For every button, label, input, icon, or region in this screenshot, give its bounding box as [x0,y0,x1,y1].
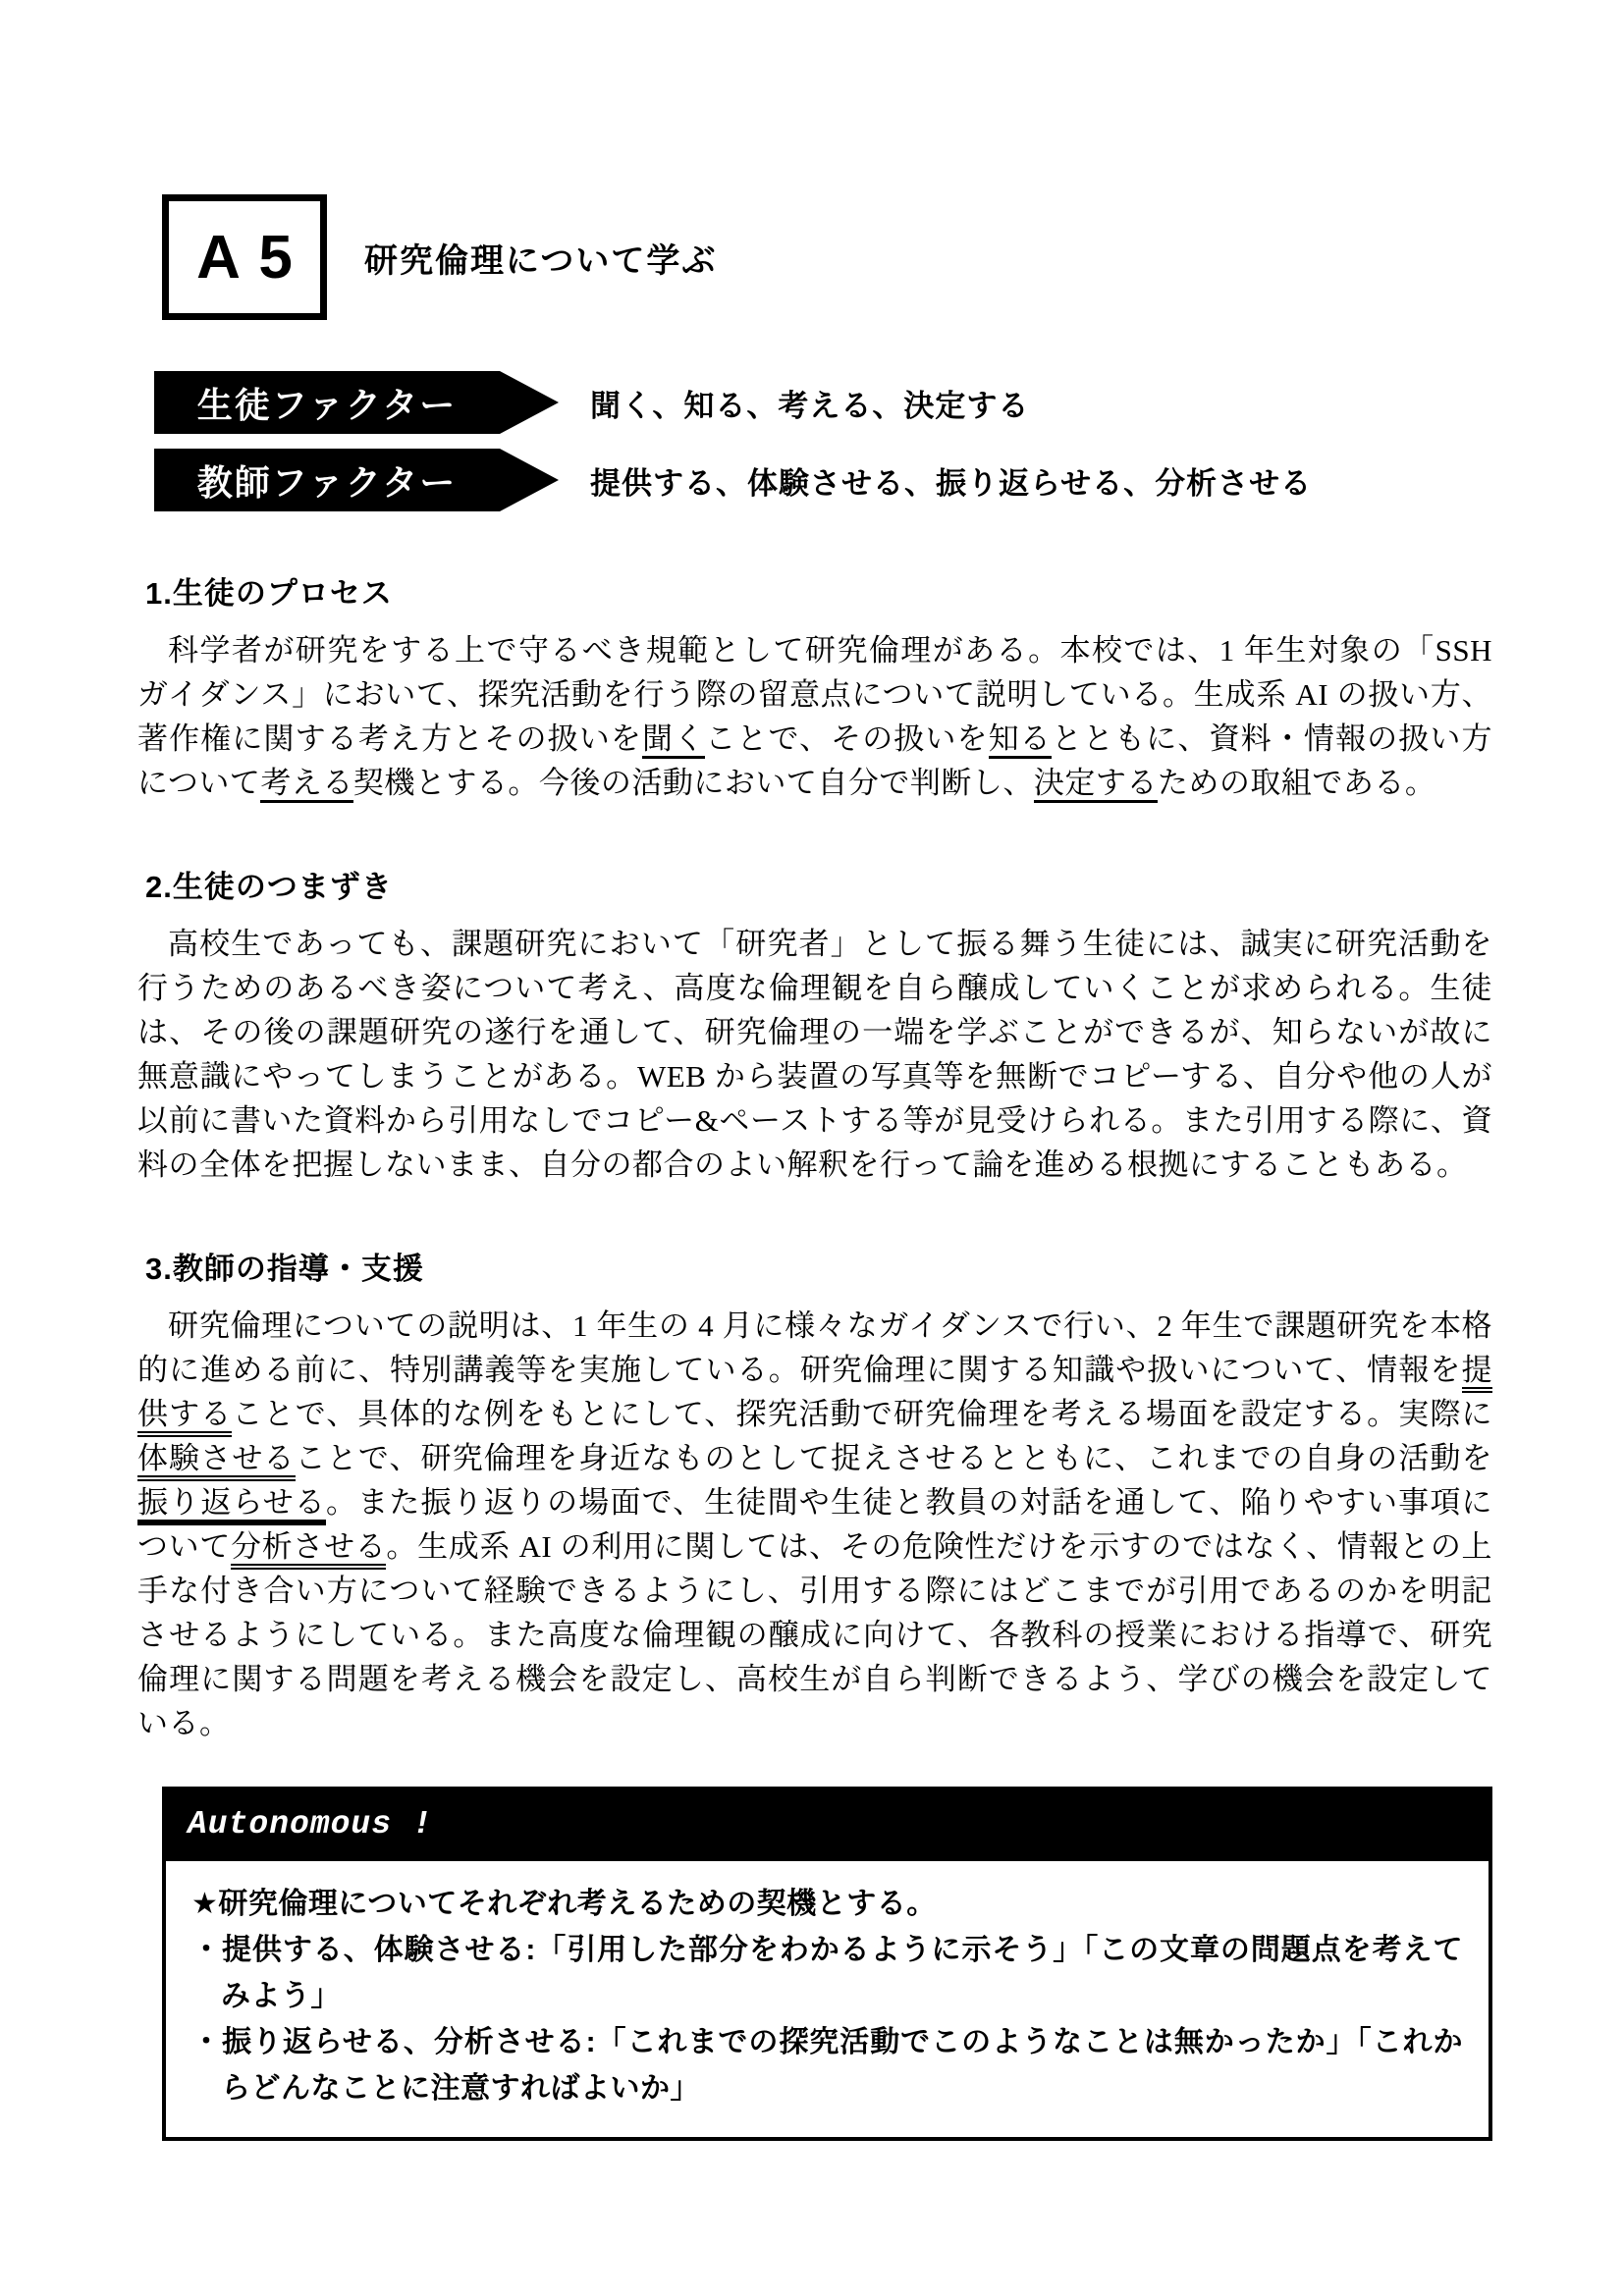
student-factor-row: 生徒ファクター 聞く、知る、考える、決定する [154,371,1624,434]
teacher-factor-label: 教師ファクター [197,455,458,506]
autonomous-block: Autonomous ! ★研究倫理についてそれぞれ考えるための契機とする。 ・… [162,1787,1492,2141]
underlined-term: 振り返らせる [137,1485,326,1525]
document-page: A5 研究倫理について学ぶ 生徒ファクター 聞く、知る、考える、決定する 教師フ… [0,0,1624,2296]
teacher-factor-banner: 教師ファクター [154,449,559,511]
student-factor-text: 聞く、知る、考える、決定する [590,381,1029,425]
teacher-factor-text: 提供する、体験させる、振り返らせる、分析させる [590,458,1312,503]
section-teacher-guidance: 3.教師の指導・支援 研究倫理についての説明は、1 年生の 4 月に様々なガイダ… [137,1244,1492,1745]
section-paragraph: 高校生であっても、課題研究において「研究者」として振る舞う生徒には、誠実に研究活… [137,922,1492,1187]
sections: 1.生徒のプロセス 科学者が研究をする上で守るべき規範として研究倫理がある。本校… [137,568,1492,1745]
header: A5 研究倫理について学ぶ [162,194,1624,320]
text-run: ことで、具体的な例をもとにして、探究活動で研究倫理を考える場面を設定する。実際に [232,1397,1492,1431]
underlined-term: 決定する [1034,766,1158,803]
text-run: ことで、その扱いを [705,721,988,756]
factor-banners: 生徒ファクター 聞く、知る、考える、決定する 教師ファクター 提供する、体験させ… [154,371,1624,511]
page-title: 研究倫理について学ぶ [364,234,717,282]
underlined-term: 分析させる [231,1529,386,1570]
text-run: ための取組である。 [1158,766,1436,800]
unit-code: A5 [178,223,310,293]
text-run: ことで、研究倫理を身近なものとして捉えさせるとともに、これまでの自身の活動を [296,1441,1492,1475]
section-paragraph: 研究倫理についての説明は、1 年生の 4 月に様々なガイダンスで行い、2 年生で… [137,1304,1492,1745]
text-run: 高校生であっても、課題研究において「研究者」として振る舞う生徒には、誠実に研究活… [137,927,1492,1182]
student-factor-banner: 生徒ファクター [154,371,559,434]
autonomous-item-reflect-analyze: ・振り返らせる、分析させる:「これまでの探究活動でこのようなことは無かったか」「… [191,2019,1463,2111]
section-student-process: 1.生徒のプロセス 科学者が研究をする上で守るべき規範として研究倫理がある。本校… [137,568,1492,805]
underlined-term: 聞く [642,721,705,759]
autonomous-item-provide-experience: ・提供する、体験させる:「引用した部分をわかるように示そう」「この文章の問題点を… [191,1927,1463,2019]
section-heading: 3.教師の指導・支援 [145,1244,1492,1288]
student-factor-label: 生徒ファクター [197,378,458,428]
section-heading: 2.生徒のつまずき [145,862,1492,906]
text-run: 研究倫理についての説明は、1 年生の 4 月に様々なガイダンスで行い、2 年生で… [137,1308,1492,1387]
autonomous-title: Autonomous ! [188,1806,433,1842]
autonomous-banner: Autonomous ! [162,1787,1492,1861]
unit-code-box: A5 [162,194,327,320]
underlined-term: 体験させる [137,1441,296,1481]
section-heading: 1.生徒のプロセス [145,568,1492,613]
text-run: 契機とする。今後の活動において自分で判断し、 [353,766,1034,800]
underlined-term: 考える [260,766,353,803]
section-student-stumble: 2.生徒のつまずき 高校生であっても、課題研究において「研究者」として振る舞う生… [137,862,1492,1187]
autonomous-box: ★研究倫理についてそれぞれ考えるための契機とする。 ・提供する、体験させる:「引… [162,1861,1492,2141]
underlined-term: 知る [989,721,1052,759]
autonomous-item-goal: ★研究倫理についてそれぞれ考えるための契機とする。 [191,1881,1463,1927]
teacher-factor-row: 教師ファクター 提供する、体験させる、振り返らせる、分析させる [154,449,1624,511]
section-paragraph: 科学者が研究をする上で守るべき規範として研究倫理がある。本校では、1 年生対象の… [137,628,1492,805]
